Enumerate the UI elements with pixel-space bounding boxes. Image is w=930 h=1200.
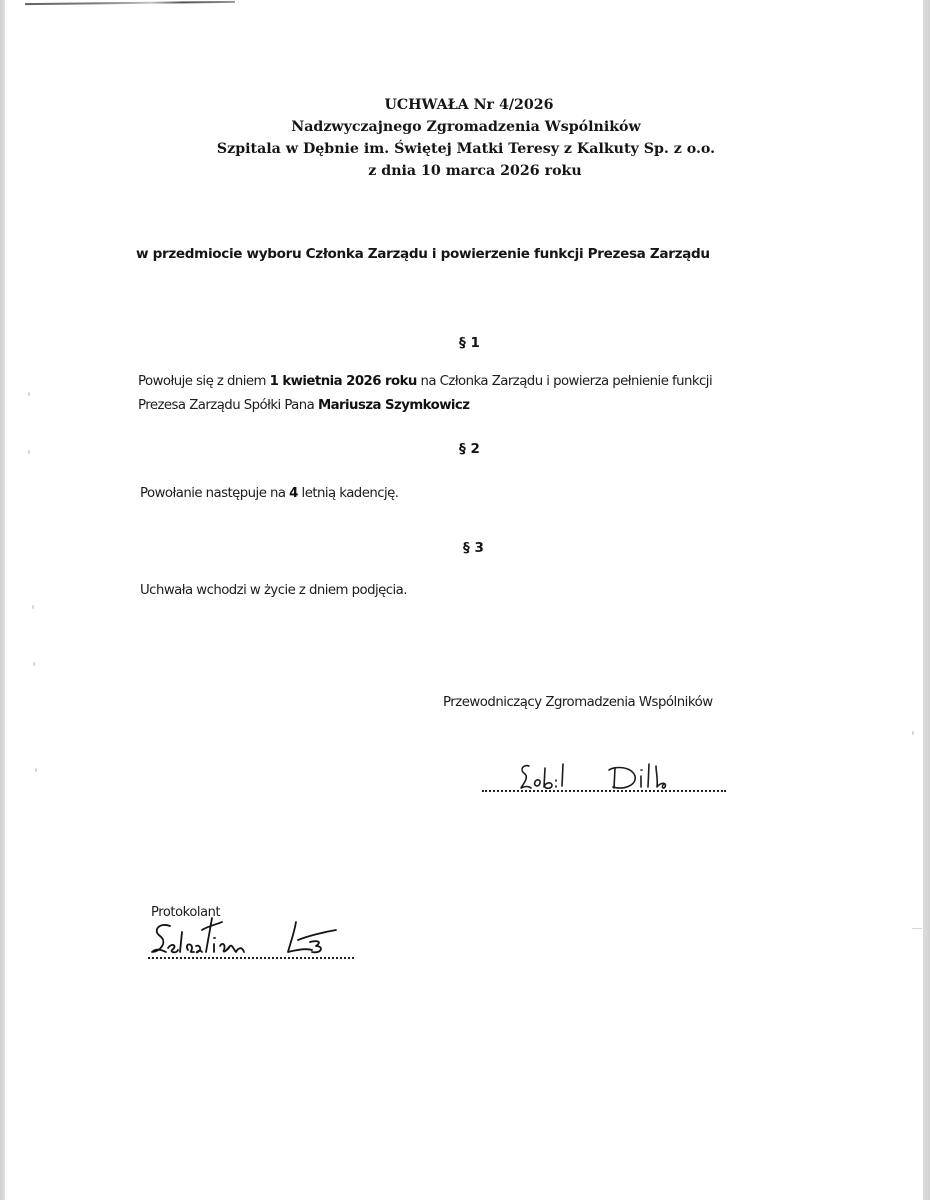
text-run: Prezesa Zarządu Spółki Pana bbox=[138, 398, 318, 413]
resolution-date: z dnia 10 marca 2026 roku bbox=[0, 160, 930, 182]
recorder-signature-icon bbox=[148, 912, 358, 960]
text-run: Powołuje się z dniem bbox=[138, 374, 270, 389]
scan-speck bbox=[912, 928, 922, 929]
company-name: Szpitala w Dębnie im. Świętej Matki Tere… bbox=[0, 138, 930, 160]
section-3-mark: § 3 bbox=[463, 540, 484, 556]
document-page: UCHWAŁA Nr 4/2026 Nadzwyczajnego Zgromad… bbox=[0, 0, 930, 1200]
scan-speck bbox=[32, 605, 34, 609]
text-run: Powołanie następuje na bbox=[140, 486, 289, 501]
scan-speck bbox=[35, 768, 37, 772]
resolution-header: UCHWAŁA Nr 4/2026 Nadzwyczajnego Zgromad… bbox=[0, 94, 930, 182]
scan-speck bbox=[28, 392, 30, 396]
section-3-text: Uchwała wchodzi w życie z dniem podjęcia… bbox=[140, 579, 407, 603]
resolution-title: UCHWAŁA Nr 4/2026 bbox=[0, 94, 930, 116]
section-1-line-2: Prezesa Zarządu Spółki Pana Mariusza Szy… bbox=[138, 394, 712, 418]
text-run: letnią kadencję. bbox=[298, 486, 399, 501]
chair-signature-icon bbox=[515, 756, 715, 794]
text-run: na Członka Zarządu i powierza pełnienie … bbox=[417, 374, 712, 389]
scan-speck bbox=[28, 450, 30, 454]
scan-speck bbox=[33, 662, 35, 666]
appointee-name-bold: Mariusza Szymkowicz bbox=[318, 398, 470, 413]
start-date-bold: 1 kwietnia 2026 roku bbox=[270, 374, 417, 389]
section-2-mark: § 2 bbox=[459, 441, 480, 457]
assembly-name: Nadzwyczajnego Zgromadzenia Wspólników bbox=[0, 116, 930, 138]
chair-label: Przewodniczący Zgromadzenia Wspólników bbox=[443, 695, 713, 710]
section-1-text: Powołuje się z dniem 1 kwietnia 2026 rok… bbox=[138, 370, 712, 418]
term-years-bold: 4 bbox=[289, 486, 298, 501]
section-1-line-1: Powołuje się z dniem 1 kwietnia 2026 rok… bbox=[138, 370, 712, 394]
scan-speck bbox=[912, 731, 914, 735]
resolution-subject: w przedmiocie wyboru Członka Zarządu i p… bbox=[136, 246, 710, 262]
section-1-mark: § 1 bbox=[459, 335, 480, 351]
section-2-text: Powołanie następuje na 4 letnią kadencję… bbox=[140, 482, 398, 506]
